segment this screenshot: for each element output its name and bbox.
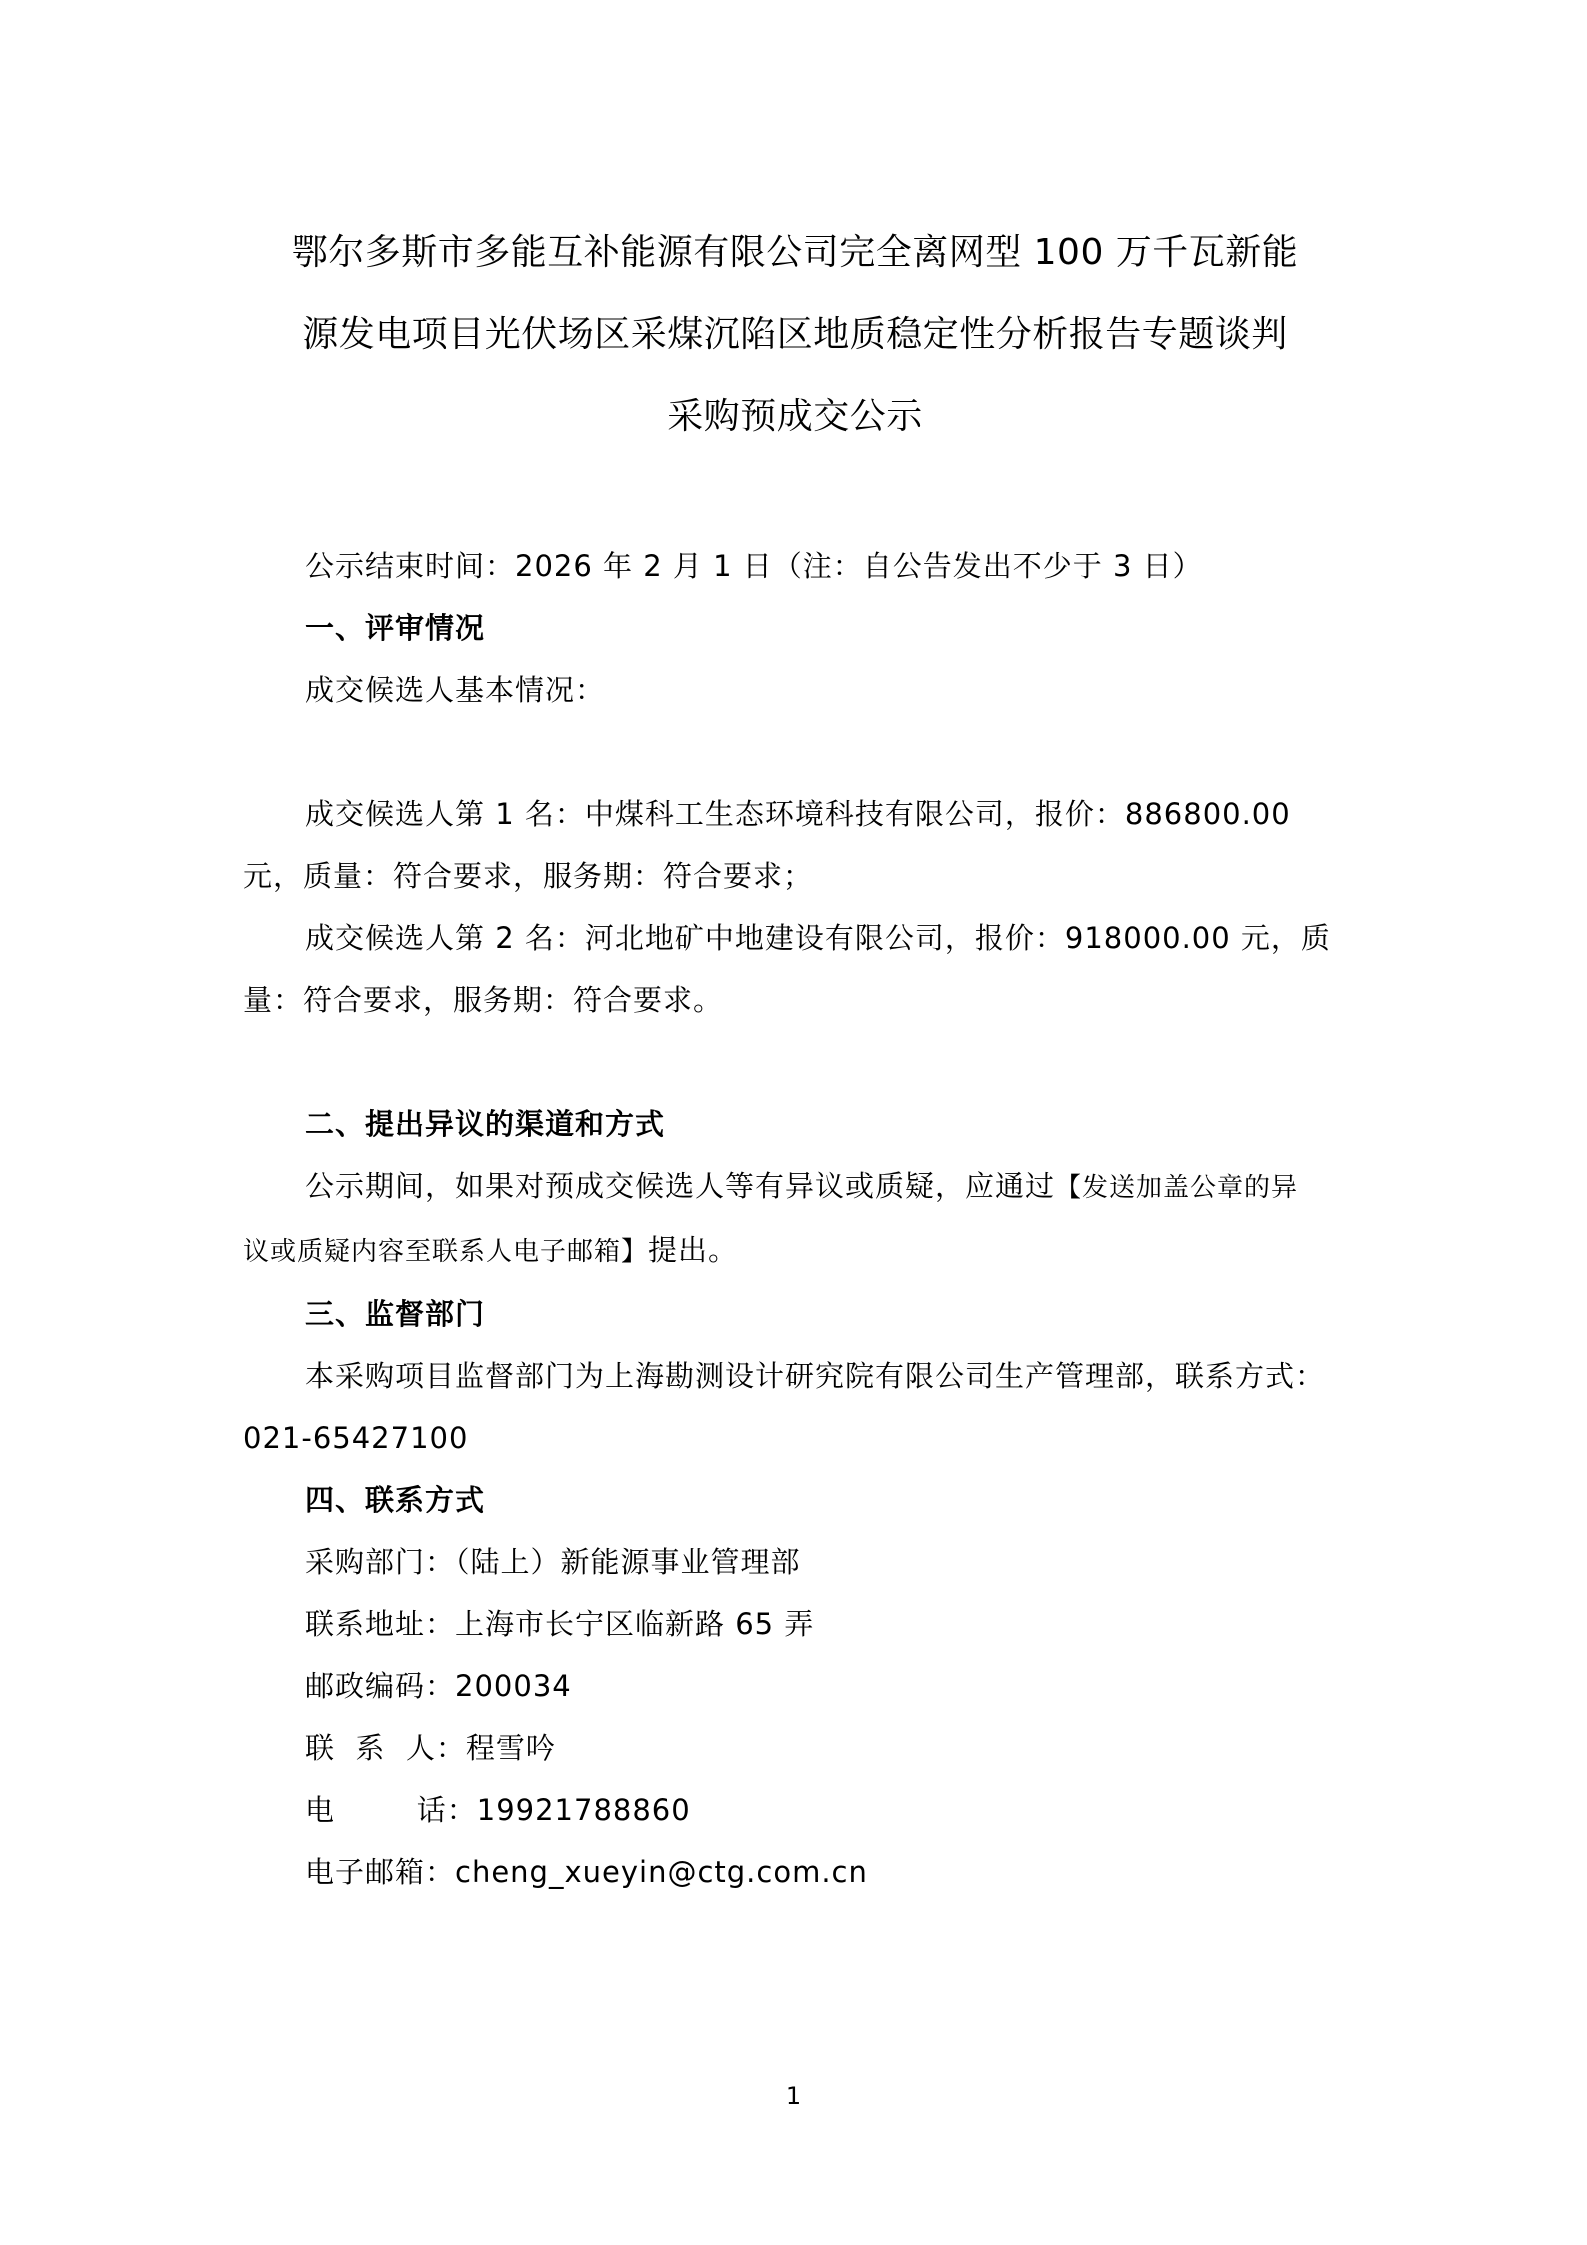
section-4-heading: 四、联系方式	[243, 1469, 1353, 1531]
candidates-intro: 成交候选人基本情况：	[243, 659, 1353, 721]
spacer	[243, 1031, 1353, 1093]
objection-text-suffix: 提出。	[648, 1233, 738, 1267]
contact-label: 采购部门：	[305, 1545, 455, 1579]
title-line-1: 鄂尔多斯市多能互补能源有限公司完全离网型 100 万千瓦新能	[240, 212, 1350, 294]
contact-label: 电 话：	[305, 1793, 477, 1827]
candidate-2-line-1: 成交候选人第 2 名：河北地矿中地建设有限公司，报价：918000.00 元，质	[243, 907, 1353, 969]
contact-item-email: 电子邮箱：cheng_xueyin@ctg.com.cn	[243, 1841, 1353, 1903]
objection-line-2: 议或质疑内容至联系人电子邮箱】提出。	[243, 1219, 1353, 1283]
objection-method-text: 【发送加盖公章的异	[1055, 1173, 1298, 1203]
page-number: 1	[0, 2082, 1587, 2110]
document-page: 鄂尔多斯市多能互补能源有限公司完全离网型 100 万千瓦新能 源发电项目光伏场区…	[0, 0, 1587, 2245]
contact-item-person: 联 系 人：程雪吟	[243, 1717, 1353, 1779]
announcement-end-time: 公示结束时间：2026 年 2 月 1 日（注：自公告发出不少于 3 日）	[243, 535, 1353, 597]
contact-value: 程雪吟	[466, 1731, 556, 1765]
supervision-line-1: 本采购项目监督部门为上海勘测设计研究院有限公司生产管理部，联系方式：	[243, 1345, 1353, 1407]
spacer	[243, 721, 1353, 783]
contact-value: 200034	[455, 1669, 572, 1703]
contact-value: （陆上）新能源事业管理部	[455, 1545, 801, 1579]
candidate-1-line-1: 成交候选人第 1 名：中煤科工生态环境科技有限公司，报价：886800.00	[243, 783, 1353, 845]
contact-label: 联 系 人：	[305, 1731, 466, 1765]
title-line-3: 采购预成交公示	[240, 376, 1350, 458]
contact-item-department: 采购部门：（陆上）新能源事业管理部	[243, 1531, 1353, 1593]
candidate-1: 成交候选人第 1 名：中煤科工生态环境科技有限公司，报价：886800.00 元…	[243, 783, 1353, 907]
contact-label: 电子邮箱：	[305, 1855, 455, 1889]
contact-value: 上海市长宁区临新路 65 弄	[455, 1607, 814, 1641]
contact-label: 邮政编码：	[305, 1669, 455, 1703]
section-1-heading: 一、评审情况	[243, 597, 1353, 659]
candidate-2-line-2: 量：符合要求，服务期：符合要求。	[243, 969, 1353, 1031]
contact-item-phone: 电 话：19921788860	[243, 1779, 1353, 1841]
section-2-heading: 二、提出异议的渠道和方式	[243, 1093, 1353, 1155]
contact-item-postcode: 邮政编码：200034	[243, 1655, 1353, 1717]
contact-item-address: 联系地址：上海市长宁区临新路 65 弄	[243, 1593, 1353, 1655]
objection-method-text-cont: 议或质疑内容至联系人电子邮箱】	[243, 1237, 648, 1267]
candidate-2: 成交候选人第 2 名：河北地矿中地建设有限公司，报价：918000.00 元，质…	[243, 907, 1353, 1031]
section-3-heading: 三、监督部门	[243, 1283, 1353, 1345]
contact-value: 19921788860	[477, 1793, 691, 1827]
objection-line-1: 公示期间，如果对预成交候选人等有异议或质疑，应通过【发送加盖公章的异	[243, 1155, 1353, 1219]
title-line-2: 源发电项目光伏场区采煤沉陷区地质稳定性分析报告专题谈判	[240, 294, 1350, 376]
contact-label: 联系地址：	[305, 1607, 455, 1641]
supervision-phone: 021-65427100	[243, 1407, 1353, 1469]
candidate-1-line-2: 元，质量：符合要求，服务期：符合要求；	[243, 845, 1353, 907]
objection-text-prefix: 公示期间，如果对预成交候选人等有异议或质疑，应通过	[305, 1169, 1055, 1203]
contact-list: 采购部门：（陆上）新能源事业管理部 联系地址：上海市长宁区临新路 65 弄 邮政…	[243, 1531, 1353, 1903]
document-body: 公示结束时间：2026 年 2 月 1 日（注：自公告发出不少于 3 日） 一、…	[243, 535, 1353, 1903]
document-title: 鄂尔多斯市多能互补能源有限公司完全离网型 100 万千瓦新能 源发电项目光伏场区…	[240, 212, 1350, 458]
contact-value: cheng_xueyin@ctg.com.cn	[455, 1855, 868, 1889]
